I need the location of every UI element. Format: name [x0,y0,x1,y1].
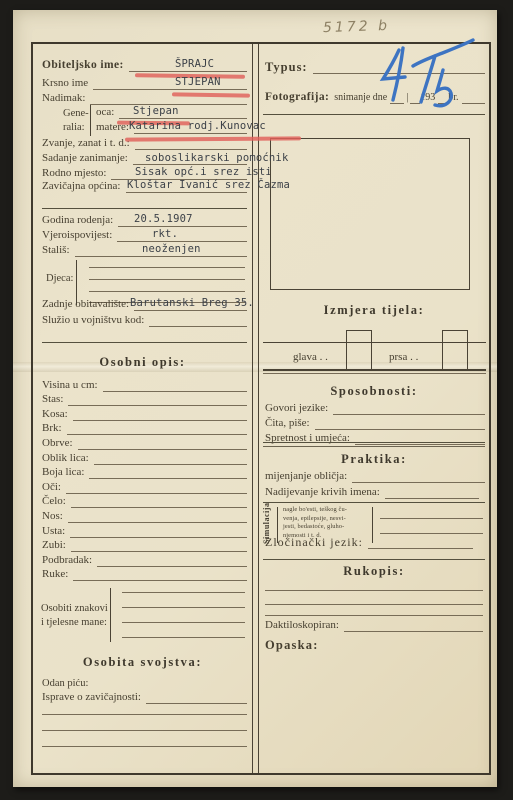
scanned-document: 5172 b Obiteljsko ime: ŠPRAJC Krsno ime … [0,0,513,800]
fingerprinted-row: Daktiloskopiran: [265,617,483,632]
measurement-bottom-line [263,373,486,374]
personal-description-heading: Osobni opis: [33,355,252,370]
disguise-row: mijenjanje obličja: [265,468,485,483]
false-names-label: Nadijevanje krivih imena: [265,486,385,499]
nickname-label: Nadimak: [42,92,90,105]
description-row: Boja lica: [42,465,247,480]
chest-measure-cell [442,330,468,369]
home-municipality-value: Kloštar Ivanić srez Čazma [127,179,290,191]
disguise-label: mijenjanje obličja: [265,470,352,483]
residence-value: Barutanski Breg 35. [130,297,254,309]
handwriting-line [265,604,483,605]
form-border: Obiteljsko ime: ŠPRAJC Krsno ime STJEPAN… [31,42,491,775]
description-row: Usta: [42,523,247,538]
chest-label: prsa . . [389,351,418,363]
father-label: oca: [96,106,119,119]
right-column: Typus: Fotografija: snimanje dne | 193 b… [259,44,489,773]
photo-frame [270,138,470,290]
military-label: Služio u vojništvu kod: [42,314,149,327]
documents-row: Isprave o zavičajnosti: [42,689,247,704]
family-name-label: Obiteljsko ime: [42,59,129,72]
separator-double [263,442,485,447]
abilities-heading: Sposobnosti: [259,384,489,399]
head-measure-cell [346,330,372,369]
personal-description-list: Visina u cm: Stas: Kosa: Brk: Obrve: Obl… [42,377,247,581]
family-name-row: Obiteljsko ime: [42,57,247,72]
description-row: Stas: [42,392,247,407]
documents-line [146,688,247,704]
description-row: Nos: [42,508,247,523]
description-row: Brk: [42,421,247,436]
religion-line [117,226,247,242]
handwriting-line [265,590,483,591]
separator-line [263,559,485,560]
marks-line [122,592,245,593]
father-value: Stjepan [133,105,179,117]
praktika-heading: Praktika: [259,452,489,467]
children-line [89,279,245,280]
family-name-value: ŠPRAJC [175,58,214,70]
blank-line [42,730,247,731]
description-row: Oblik lica: [42,450,247,465]
residence-label: Zadnje obitavalište: [42,298,134,311]
handwriting-heading: Rukopis: [259,564,489,579]
simulation-line [380,518,483,519]
birth-year-value: 20.5.1907 [134,213,193,225]
head-label: glava . . [293,351,328,363]
children-line [89,291,245,292]
generalia-label: Gene- ralia: [63,107,89,135]
occupation-value: soboslikarski pomoćnik [145,152,288,164]
photo-label: Fotografija: [265,91,334,104]
first-name-line [93,74,247,90]
religion-value: rkt. [152,228,178,240]
home-municipality-label: Zavičajna općina: [42,180,126,193]
left-column: Obiteljsko ime: ŠPRAJC Krsno ime STJEPAN… [33,44,252,773]
children-line [89,267,245,268]
first-name-label: Krsno ime [42,77,93,90]
status-value: neoženjen [142,243,201,255]
children-label: Djeca: [46,272,73,286]
marks-bracket [110,588,111,642]
military-line [149,311,247,327]
criminal-language-row: Zločinački jezik: [265,534,473,549]
separator-line [42,342,247,343]
first-name-value: STJEPAN [175,76,221,88]
mother-value: Katarina rodj.Kunovac [129,120,266,132]
false-names-row: Nadijevanje krivih imena: [265,484,479,499]
documents-label: Isprave o zavičajnosti: [42,691,146,704]
blank-line [42,746,247,747]
description-row: Čelo: [42,494,247,509]
marks-label: Osobiti znakovi i tjelesne mane: [41,602,108,630]
description-row: Podbradak: [42,552,247,567]
body-measurement-heading: Izmjera tijela: [259,303,489,318]
blank-line [42,714,247,715]
military-row: Služio u vojništvu kod: [42,312,247,327]
paper-sheet: 5172 b Obiteljsko ime: ŠPRAJC Krsno ime … [13,10,497,787]
separator-line [263,502,485,503]
vocation-label: Zvanje, zanat i t. d.: [42,137,135,150]
description-row: Visina u cm: [42,377,247,392]
pencil-archive-number: 5172 b [323,18,390,36]
separator-line [42,208,247,209]
description-row: Ruke: [42,567,247,582]
special-traits-heading: Osobita svojstva: [33,655,252,670]
reads-writes-row: Čita, piše: [265,415,485,430]
birth-year-label: Godina rodenja: [42,214,118,227]
description-row: Zubi: [42,538,247,553]
languages-row: Govori jezike: [265,400,485,415]
pen-number-475 [377,36,477,119]
marks-line [122,607,245,608]
generalia-bracket [90,105,91,136]
typus-label: Typus: [265,61,313,74]
religion-row: Vjeroispovijest: [42,227,247,242]
criminal-language-label: Zločinački jezik: [265,536,368,549]
description-row: Kosa: [42,406,247,421]
description-row: Obrve: [42,435,247,450]
fingerprinted-label: Daktiloskopiran: [265,619,344,632]
marks-line [122,637,245,638]
measurement-table: glava . . prsa . . [263,330,486,371]
remark-label: Opaska: [265,638,319,652]
status-label: Stališ: [42,244,75,257]
reads-writes-label: Čita, piše: [265,417,315,430]
marks-line [122,622,245,623]
description-row: Oči: [42,479,247,494]
